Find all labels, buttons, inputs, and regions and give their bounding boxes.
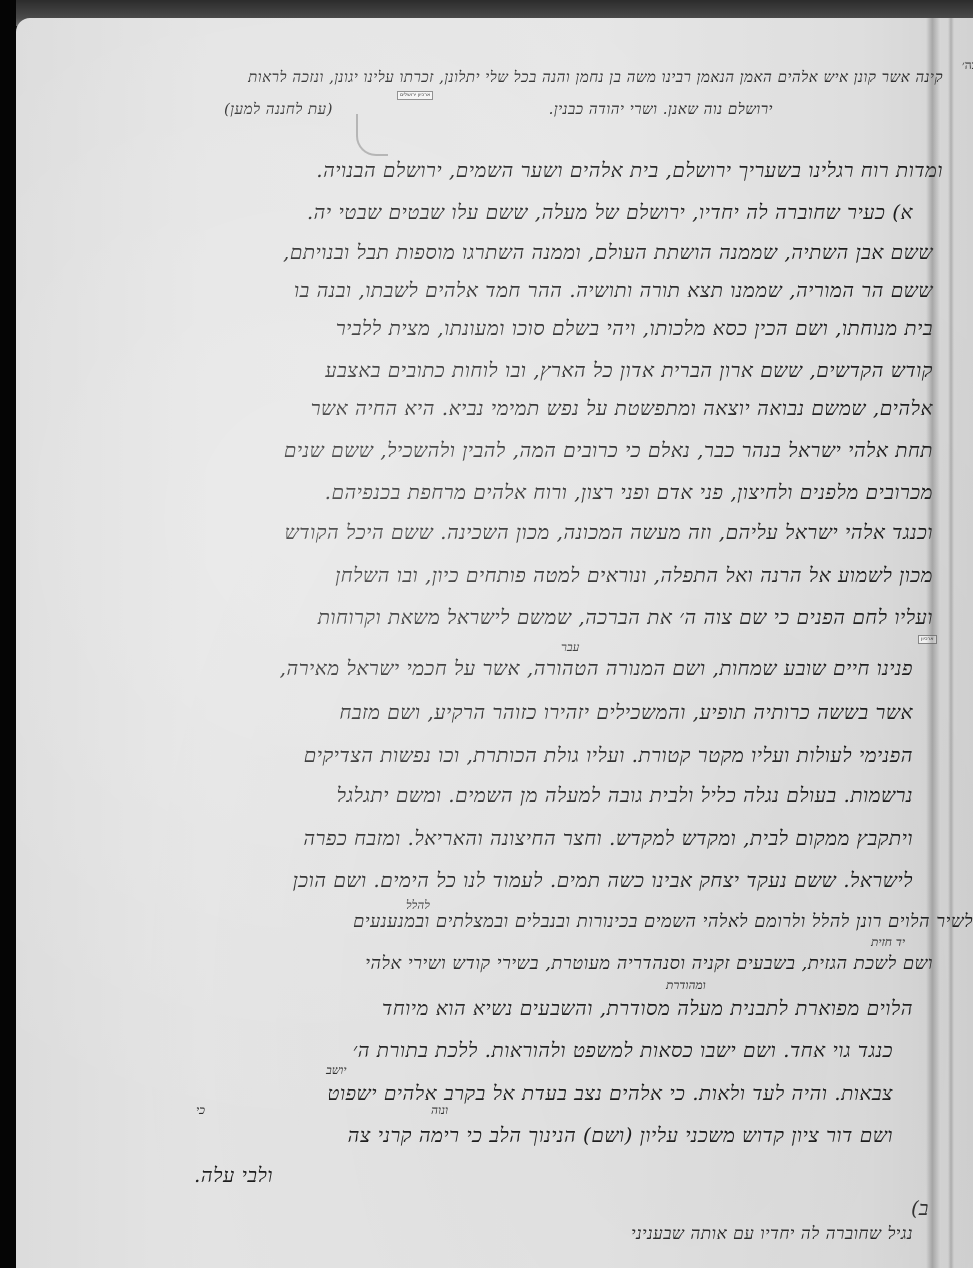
body-line-20: ושם לשכת הגזית, בשבעים זקניה וסנהדריה מע… — [365, 953, 933, 974]
interlinear-note-6: ונוה — [431, 1103, 448, 1118]
header-line-2: ירושלם נוה שאנן. ושרי יהודה כבנין. — [549, 100, 773, 119]
interlinear-note-3: יד חזית — [871, 935, 905, 950]
body-line-4: ששם הר המוריה, שממנו תצא תורה ותושיה. הה… — [294, 278, 933, 303]
body-line-16: נרשמות. בעולם נגלה כליל ולבית גובה למעלה… — [337, 783, 913, 808]
body-line-8: תחת אלהי ישראל בנהר כבר, נאלם כי כרובים … — [284, 438, 933, 463]
body-line-21: הלוים מפוארת לתבנית מעלה מסודרת, והשבעים… — [382, 996, 913, 1021]
body-line-14: אשר בששה כרותיה תופיע, והמשכילים יזהירו … — [340, 700, 914, 725]
body-line-11: מכון לשמוע אל הרנה ואל התפלה, ונוראים למ… — [335, 563, 933, 588]
body-line-12: ועליו לחם הפנים כי שם צוה ה׳ את הברכה, ש… — [318, 605, 933, 630]
body-line-1: ומדות רוח רגלינו בשעריך ירושלם, בית אלהי… — [316, 158, 943, 183]
top-mark: בה׳ — [962, 58, 973, 73]
interlinear-note-1: עבר — [561, 640, 579, 655]
binding-edge — [948, 18, 954, 1268]
body-line-7: אלהים, שמשם נבואה יוצאה ומתפשטת על נפש ת… — [311, 396, 933, 421]
body-line-24: ושם דור ציון קדוש משכני עליון (ושם) הנינ… — [348, 1123, 893, 1148]
body-line-19: לשיר הלוים רונן להלל ולרומם לאלהי השמים … — [353, 911, 973, 932]
interlinear-note-5: יושב — [326, 1063, 347, 1078]
body-line-9: מכרובים מלפנים ולחיצון, פני אדם ופני רצו… — [325, 480, 933, 505]
body-line-23: צבאות. והיה לעד ולאות. כי אלהים נצב בעדת… — [327, 1081, 893, 1106]
header-line-3: (עת לחננה למען) — [224, 100, 333, 119]
pencil-mark — [356, 114, 388, 156]
scan-frame-left — [0, 0, 16, 1268]
body-line-15: הפנימי לעולות ועליו מקטר קטורת. ועליו גו… — [304, 743, 913, 768]
body-line-17: ויתקבץ ממקום לבית, ומקדש למקדש. וחצר החי… — [303, 826, 913, 851]
header-line-1: קינה אשר קונן איש אלהים האמן הנאמן רבינו… — [43, 68, 943, 87]
body-line-13: פנינו חיים שובע שמחות, ושם המנורה הטהורה… — [280, 656, 913, 681]
footer-line: נגיל שחוברה לה יחדיו עם אותה שבעניני — [631, 1224, 913, 1244]
archive-stamp: ארכיון ירושלים — [397, 91, 433, 100]
body-line-25: ולבי עלה. — [194, 1163, 273, 1188]
body-line-18: לישראל. ששם נעקד יצחק אבינו כשה תמים. לע… — [293, 868, 913, 893]
manuscript-page: בה׳ קינה אשר קונן איש אלהים האמן הנאמן ר… — [16, 18, 973, 1268]
body-line-10: וכנגד אלהי ישראל עליהם, וזה מעשה המכונה,… — [285, 520, 933, 545]
body-line-3: ששם אבן השתיה, שממנה הושתת העולם, וממנה … — [283, 240, 933, 265]
body-line-5: בית מנוחתו, ושם הכין כסא מלכותו, ויהי בש… — [336, 316, 933, 341]
binding-shadow — [926, 18, 940, 1268]
body-line-6: קודש הקדשים, ששם ארון הברית אדון כל הארץ… — [325, 358, 933, 383]
interlinear-note-4: ומהודרת — [666, 978, 706, 993]
body-line-22: כנגד גוי אחד. ושם ישבו כסאות למשפט ולהור… — [353, 1038, 893, 1063]
body-line-2: א) כעיר שחוברה לה יחדיו, ירושלם של מעלה,… — [307, 200, 913, 225]
interlinear-note-7: כי — [196, 1103, 205, 1118]
